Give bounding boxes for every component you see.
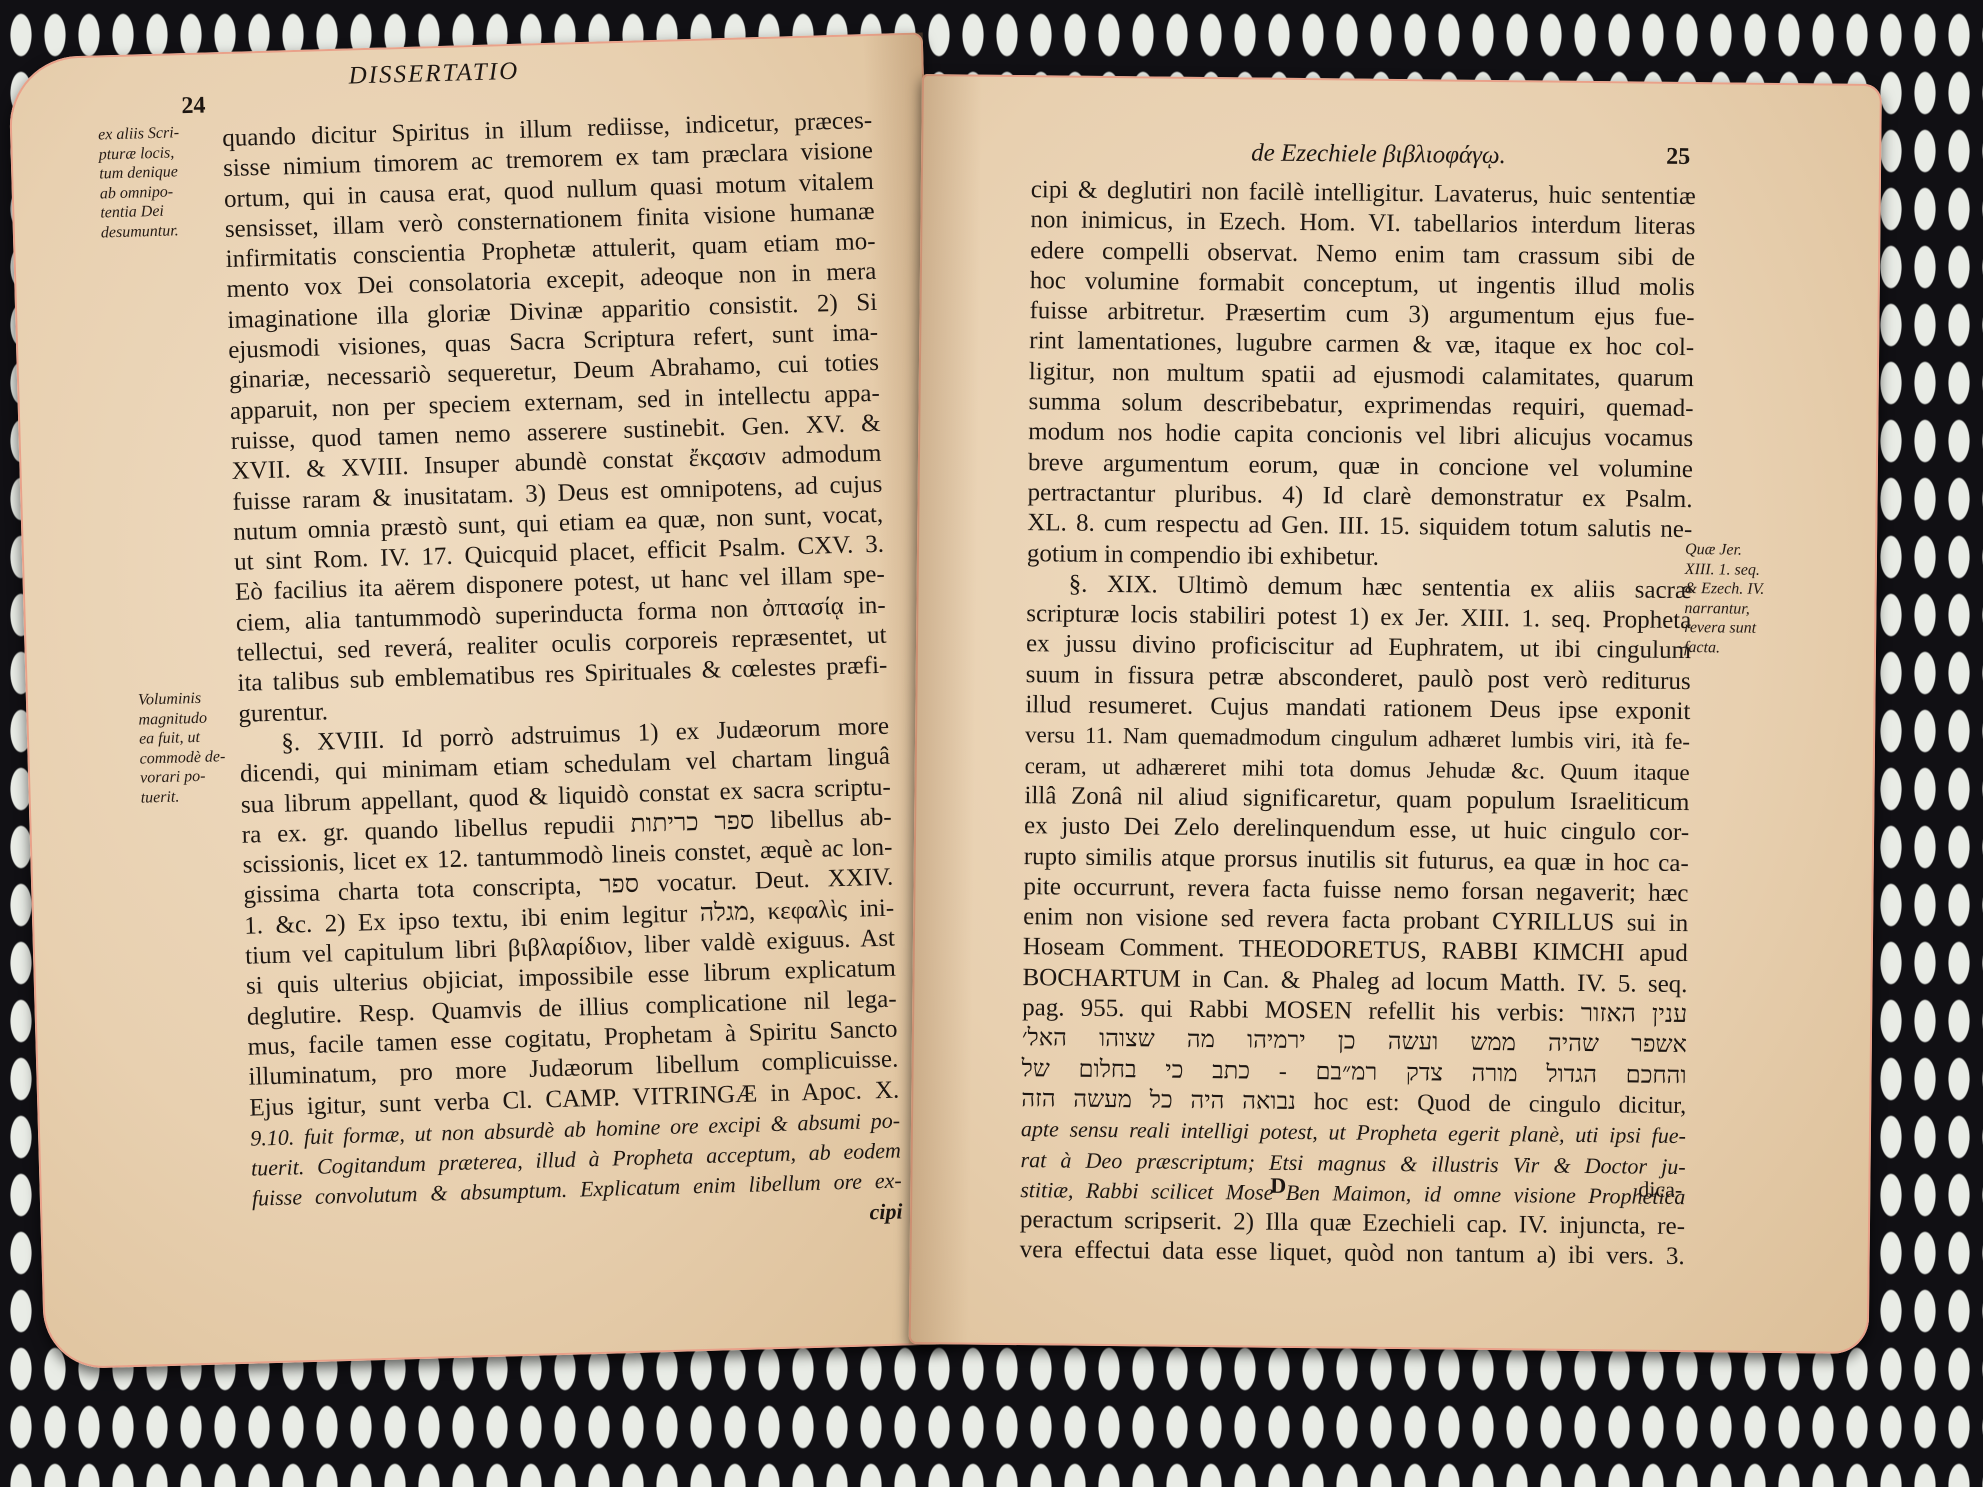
page-number: 24 [181,93,206,121]
signature-mark: D [1270,1173,1286,1199]
margin-note-line: magnitudo [138,708,224,730]
margin-note-line: narrantur, [1684,599,1764,619]
body-text: quando dicitur Spiritus in illum rediiss… [222,106,903,1245]
margin-note-line: ex aliis Scri- [98,123,179,145]
left-page: DISSERTATIO 24 ex aliis Scri- pturæ loci… [8,32,959,1369]
margin-note: Quæ Jer. XIII. 1. seq. & Ezech. IV. narr… [1684,540,1765,658]
text-line: vera effectui data esse liquet, quòd non… [1020,1235,1685,1272]
margin-note-line: & Ezech. IV. [1685,579,1765,599]
margin-note: ex aliis Scri- pturæ locis, tum denique … [98,123,182,242]
margin-note-line: Voluminis [138,688,224,710]
margin-note-line: ea fuit, ut [139,727,225,749]
margin-note-line: Quæ Jer. [1685,540,1765,560]
margin-note-line: revera sunt [1684,618,1764,638]
margin-note-line: vorari po- [140,766,226,788]
margin-note-line: XIII. 1. seq. [1685,560,1765,580]
running-head: DISSERTATIO [348,58,519,91]
body-text: cipi & deglutiri non facilè intelligitur… [1020,175,1696,1273]
margin-note: Voluminis magnitudo ea fuit, ut commodè … [138,688,227,807]
catchword: dica- [1638,1177,1682,1203]
margin-note-line: tuerit. [140,786,226,808]
margin-note-line: pturæ locis, [98,143,179,165]
margin-note-line: ab omnipo- [100,182,181,204]
running-head: de Ezechiele βιβλιοφάγῳ. [1251,139,1506,170]
margin-note-line: tum denique [99,162,180,184]
margin-note-line: facta. [1684,638,1764,658]
margin-note-line: desumuntur. [101,221,182,243]
right-page: de Ezechiele βιβλιοφάγῳ. 25 cipi & deglu… [909,74,1882,1354]
margin-note-line: tentia Dei [100,201,181,223]
gutter-shadow [909,74,982,1345]
page-number: 25 [1666,144,1690,171]
margin-note-line: commodè de- [139,747,225,769]
